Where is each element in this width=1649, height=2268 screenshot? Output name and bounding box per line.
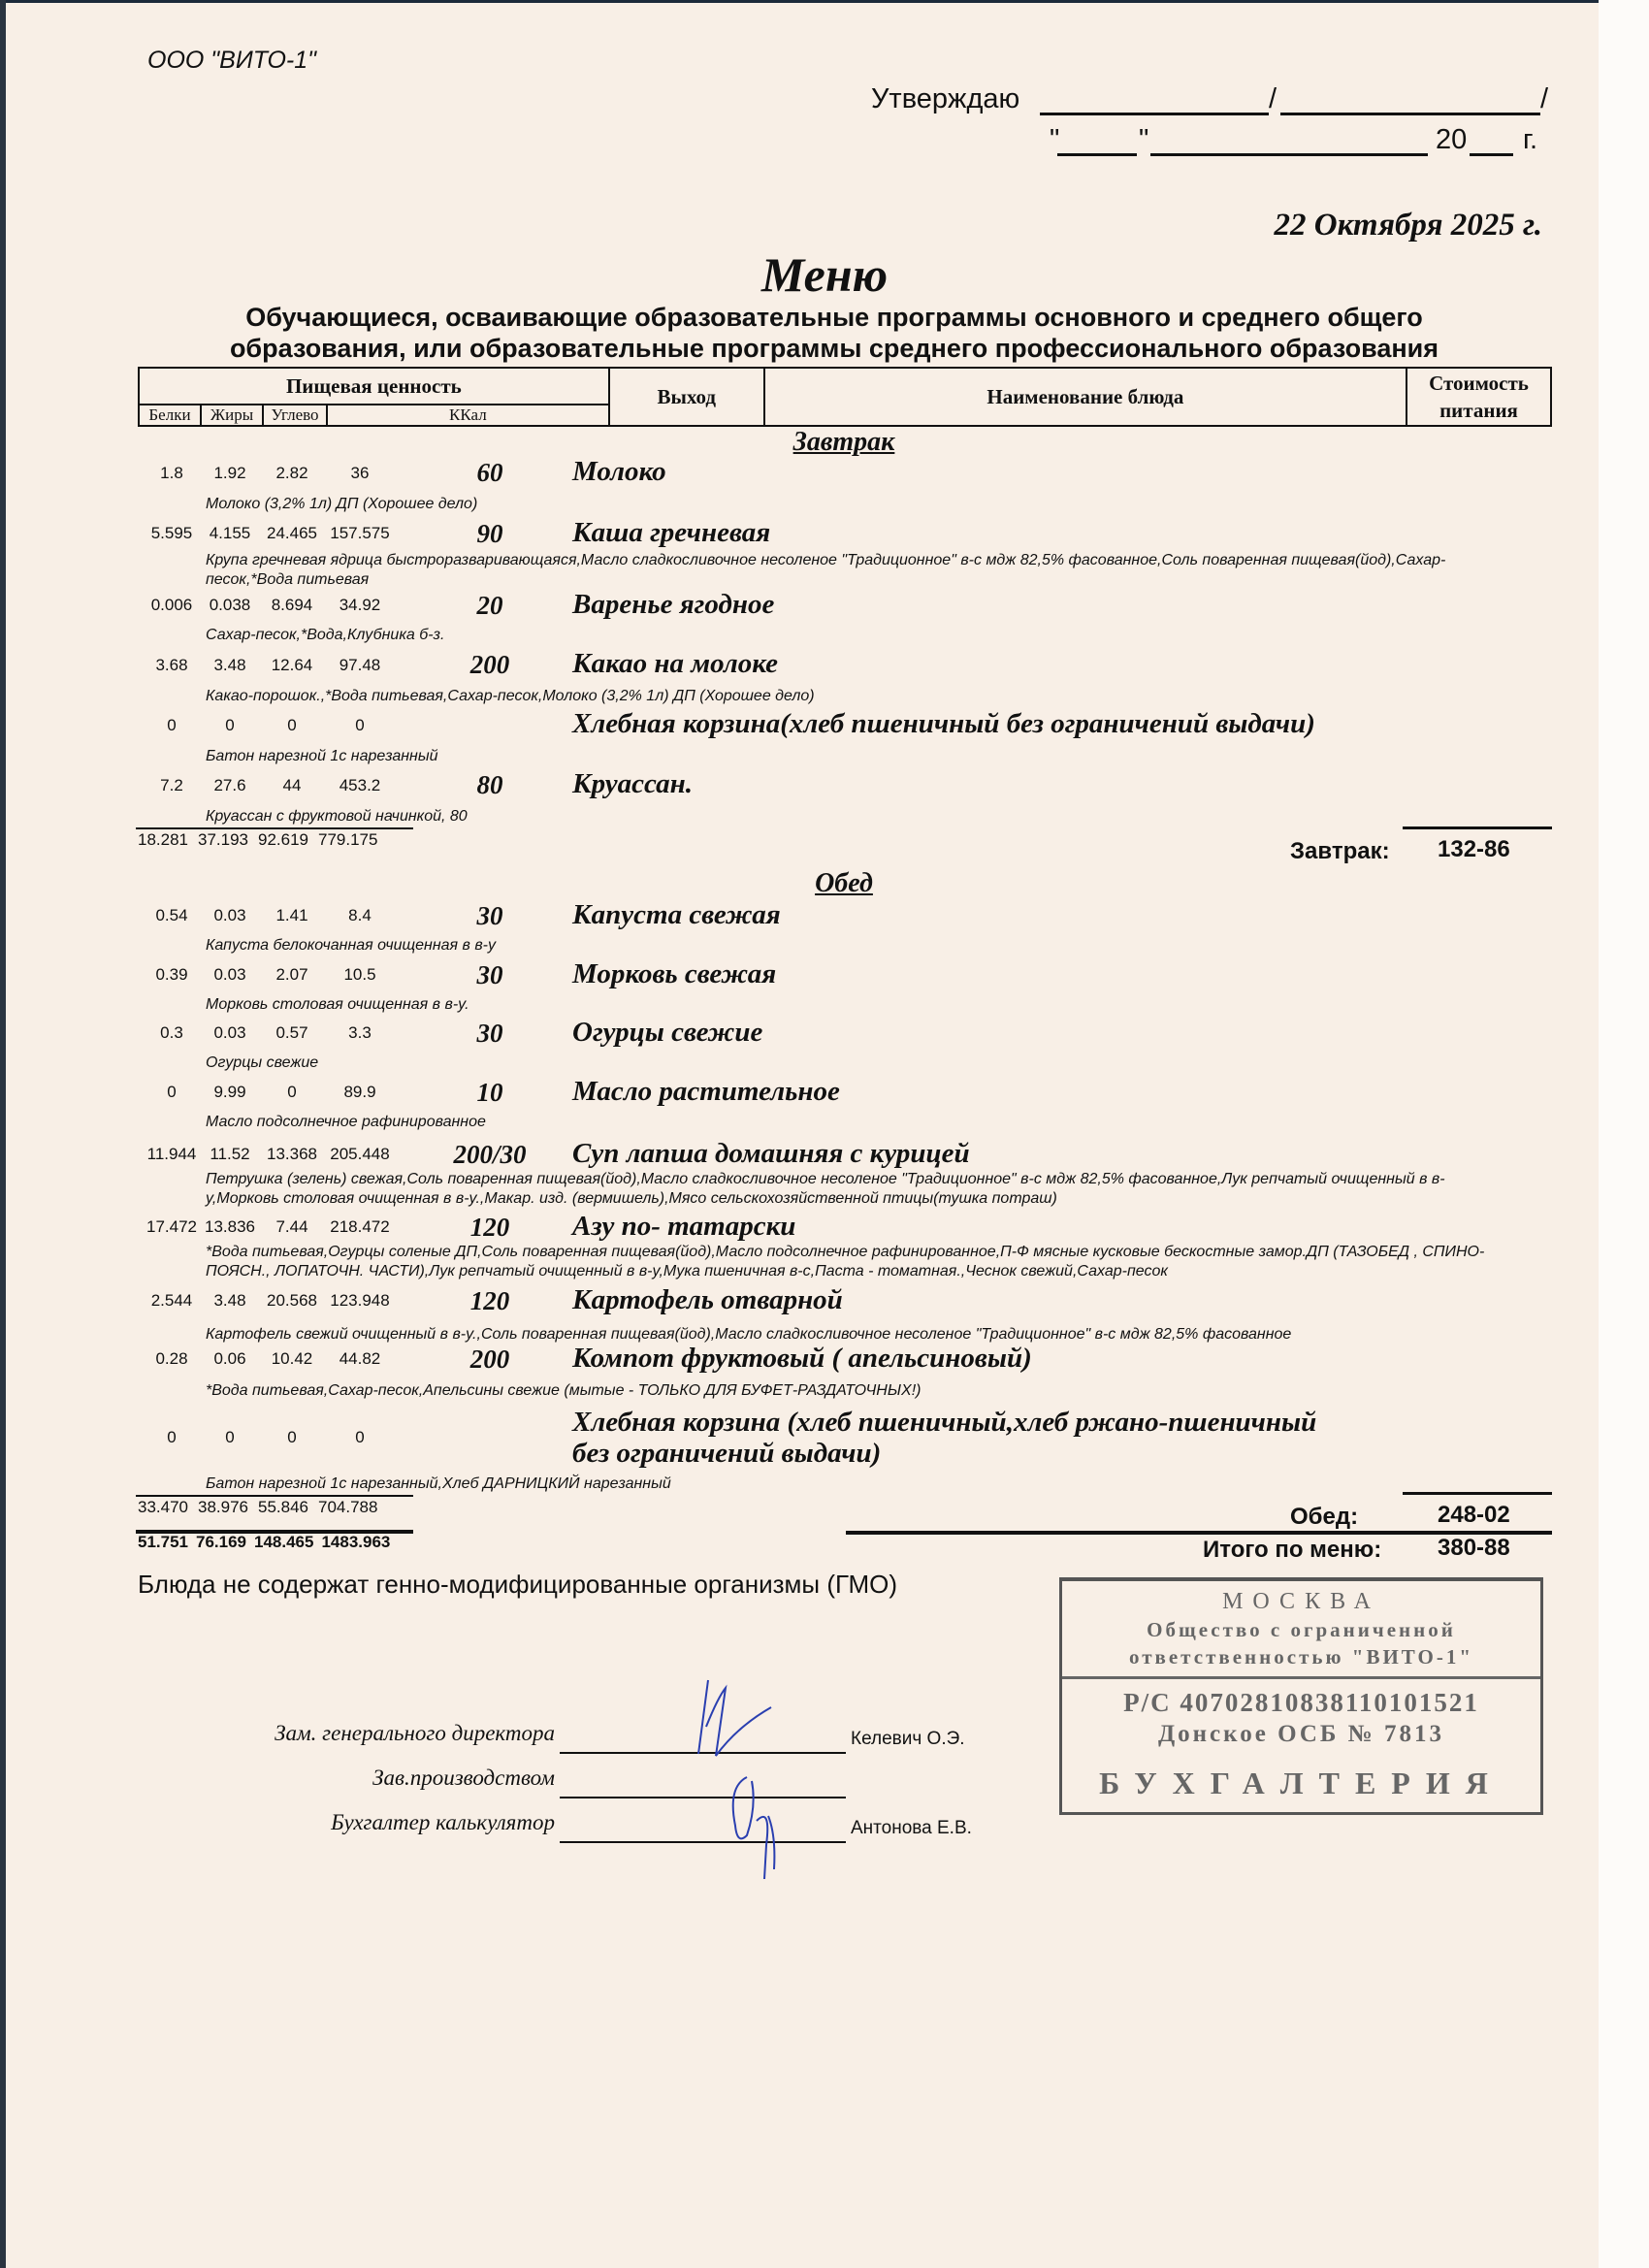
- lunch-item-0-ingredients: Капуста белокочанная очищенная в в-у: [206, 936, 1505, 956]
- lunch-total-carbs: 55.846: [258, 1498, 308, 1516]
- stamp-city: МОСКВА: [1062, 1589, 1540, 1615]
- lunch-item-8-nutrition-fat: 0: [196, 1428, 264, 1447]
- lunch-cost-value: 248-02: [1438, 1502, 1510, 1529]
- grand-totals: 51.75176.169148.4651483.963: [138, 1533, 398, 1552]
- lunch-item-5-name: Азу по- татарски: [572, 1211, 795, 1243]
- cost-header: Стоимость питания: [1406, 368, 1551, 426]
- breakfast-item-0-ingredients: Молоко (3,2% 1л) ДП (Хорошее дело): [206, 495, 1505, 514]
- approve-year-prefix: 20: [1436, 124, 1467, 156]
- breakfast-totals-rule: [136, 827, 413, 829]
- breakfast-total-protein: 18.281: [138, 830, 188, 849]
- approve-signature-line: [1040, 113, 1269, 115]
- lunch-item-6-nutrition-carbs: 20.568: [258, 1291, 326, 1311]
- breakfast-total-fat: 37.193: [198, 830, 248, 849]
- breakfast-item-4-nutrition-fat: 0: [196, 716, 264, 735]
- grand-total-carbs: 148.465: [254, 1533, 313, 1551]
- breakfast-item-3-nutrition-fat: 3.48: [196, 656, 264, 675]
- page-title: Меню: [0, 246, 1649, 303]
- breakfast-item-1-nutrition-carbs: 24.465: [258, 524, 326, 543]
- cost-header-line2: питания: [1407, 397, 1550, 424]
- breakfast-item-3-nutrition-carbs: 12.64: [258, 656, 326, 675]
- lunch-item-7-yield: 200: [417, 1345, 563, 1375]
- lunch-item-2-ingredients: Огурцы свежие: [206, 1053, 1505, 1073]
- breakfast-item-1-nutrition-kcal: 157.575: [326, 524, 394, 543]
- signature-line-accountant: [560, 1841, 846, 1843]
- lunch-item-8-nutrition-kcal: 0: [326, 1428, 394, 1447]
- lunch-item-8-name-line2: без ограничений выдачи): [572, 1438, 881, 1470]
- breakfast-cost-label: Завтрак:: [1290, 838, 1390, 865]
- lunch-item-6-name: Картофель отварной: [572, 1284, 843, 1316]
- lunch-item-3-nutrition-carbs: 0: [258, 1083, 326, 1102]
- handwritten-signature-2: [718, 1767, 795, 1884]
- breakfast-item-4-ingredients: Батон нарезной 1с нарезанный: [206, 747, 1505, 766]
- nutrition-header: Пищевая ценность: [139, 368, 609, 405]
- lunch-item-4-nutrition-fat: 11.52: [196, 1145, 264, 1164]
- lunch-item-0-nutrition-kcal: 8.4: [326, 906, 394, 925]
- breakfast-item-1-ingredients: Крупа гречневая ядрица быстроразваривающ…: [206, 551, 1505, 590]
- lunch-item-7-nutrition-carbs: 10.42: [258, 1349, 326, 1369]
- dish-name-header: Наименование блюда: [764, 368, 1406, 426]
- lunch-item-0-nutrition-fat: 0.03: [196, 906, 264, 925]
- lunch-item-0-yield: 30: [417, 901, 563, 931]
- lunch-item-0-name: Капуста свежая: [572, 899, 781, 931]
- approve-name-line: [1280, 113, 1540, 115]
- signature-role-production-head: Зав.производством: [235, 1766, 555, 1791]
- breakfast-item-5-nutrition-carbs: 44: [258, 776, 326, 795]
- breakfast-item-0-yield: 60: [417, 458, 563, 488]
- stamp-line-2: ответственностью "ВИТО-1": [1062, 1645, 1540, 1669]
- breakfast-item-3-yield: 200: [417, 650, 563, 680]
- breakfast-totals: 18.28137.19392.619779.175: [138, 830, 387, 850]
- lunch-item-1-ingredients: Морковь столовая очищенная в в-у.: [206, 995, 1505, 1015]
- subtitle-line-1: Обучающиеся, осваивающие образовательные…: [0, 303, 1649, 333]
- lunch-item-5-nutrition-kcal: 218.472: [326, 1217, 394, 1237]
- breakfast-item-0-nutrition-carbs: 2.82: [258, 464, 326, 483]
- handwritten-signature-1: [679, 1669, 795, 1766]
- lunch-item-5-nutrition-fat: 13.836: [196, 1217, 264, 1237]
- stamp-line-1: Общество с ограниченной: [1062, 1618, 1540, 1642]
- approve-slash: /: [1269, 83, 1277, 115]
- lunch-item-2-nutrition-carbs: 0.57: [258, 1023, 326, 1043]
- lunch-item-1-nutrition-fat: 0.03: [196, 965, 264, 985]
- lunch-totals: 33.47038.97655.846704.788: [138, 1498, 387, 1517]
- lunch-item-4-name: Суп лапша домашняя с курицей: [572, 1138, 970, 1170]
- lunch-item-6-yield: 120: [417, 1286, 563, 1316]
- grand-total-fat: 76.169: [196, 1533, 246, 1551]
- approve-year-suffix: г.: [1523, 124, 1537, 156]
- breakfast-item-3-name: Какао на молоке: [572, 648, 778, 680]
- lunch-item-5-nutrition-carbs: 7.44: [258, 1217, 326, 1237]
- grand-total-protein: 51.751: [138, 1533, 188, 1551]
- breakfast-item-2-nutrition-kcal: 34.92: [326, 596, 394, 615]
- lunch-item-2-nutrition-kcal: 3.3: [326, 1023, 394, 1043]
- lunch-item-3-nutrition-kcal: 89.9: [326, 1083, 394, 1102]
- approve-year-line: [1470, 153, 1513, 156]
- breakfast-item-5-yield: 80: [417, 770, 563, 800]
- breakfast-item-4-name: Хлебная корзина(хлеб пшеничный без огран…: [572, 708, 1315, 740]
- menu-table-header: Пищевая ценность Выход Наименование блюд…: [138, 367, 1552, 427]
- signature-role-accountant: Бухгалтер калькулятор: [235, 1810, 555, 1835]
- gmo-note: Блюда не содержат генно-модифицированные…: [138, 1570, 897, 1600]
- lunch-item-4-nutrition-kcal: 205.448: [326, 1145, 394, 1164]
- breakfast-item-1-yield: 90: [417, 519, 563, 549]
- approve-slash-end: /: [1540, 83, 1548, 115]
- lunch-item-8-nutrition-carbs: 0: [258, 1428, 326, 1447]
- lunch-total-protein: 33.470: [138, 1498, 188, 1516]
- lunch-item-1-yield: 30: [417, 960, 563, 990]
- lunch-total-fat: 38.976: [198, 1498, 248, 1516]
- grand-cost-label: Итого по меню:: [1203, 1537, 1381, 1564]
- lunch-item-4-nutrition-carbs: 13.368: [258, 1145, 326, 1164]
- lunch-item-3-ingredients: Масло подсолнечное рафинированное: [206, 1113, 1505, 1132]
- lunch-item-2-yield: 30: [417, 1019, 563, 1049]
- lunch-item-3-name: Масло растительное: [572, 1076, 840, 1108]
- approve-label: Утверждаю: [871, 83, 1019, 115]
- lunch-item-1-nutrition-kcal: 10.5: [326, 965, 394, 985]
- signature-line-production-head: [560, 1797, 846, 1798]
- stamp-bank: Донское ОСБ № 7813: [1062, 1721, 1540, 1748]
- breakfast-item-4-nutrition-kcal: 0: [326, 716, 394, 735]
- breakfast-total-carbs: 92.619: [258, 830, 308, 849]
- breakfast-item-2-yield: 20: [417, 591, 563, 621]
- breakfast-item-2-ingredients: Сахар-песок,*Вода,Клубника б-з.: [206, 626, 1505, 645]
- lunch-item-5-yield: 120: [417, 1213, 563, 1243]
- fat-header: Жиры: [201, 405, 263, 426]
- approve-day-line: [1057, 153, 1137, 156]
- breakfast-item-5-name: Круассан.: [572, 768, 693, 800]
- breakfast-cost-value: 132-86: [1438, 836, 1510, 863]
- lunch-item-7-nutrition-kcal: 44.82: [326, 1349, 394, 1369]
- breakfast-item-1-name: Каша гречневая: [572, 517, 770, 549]
- signature-role-deputy-director: Зам. генерального директора: [235, 1721, 555, 1746]
- stamp-account: Р/С 40702810838110101521: [1062, 1688, 1540, 1718]
- lunch-item-8-name: Хлебная корзина (хлеб пшеничный,хлеб ржа…: [572, 1407, 1316, 1439]
- breakfast-item-2-name: Варенье ягодное: [572, 589, 774, 621]
- breakfast-item-5-nutrition-fat: 27.6: [196, 776, 264, 795]
- lunch-item-0-nutrition-carbs: 1.41: [258, 906, 326, 925]
- grand-cost-value: 380-88: [1438, 1535, 1510, 1562]
- lunch-item-4-ingredients: Петрушка (зелень) свежая,Соль поваренная…: [206, 1170, 1505, 1209]
- breakfast-item-3-ingredients: Какао-порошок.,*Вода питьевая,Сахар-песо…: [206, 687, 1505, 706]
- lunch-cost-rule: [1403, 1492, 1552, 1495]
- breakfast-section-title: Завтрак: [0, 427, 1649, 458]
- lunch-item-5-ingredients: *Вода питьевая,Огурцы соленые ДП,Соль по…: [206, 1243, 1505, 1281]
- yield-header: Выход: [609, 368, 764, 426]
- lunch-section-title: Обед: [0, 868, 1649, 899]
- lunch-item-4-yield: 200/30: [417, 1140, 563, 1170]
- breakfast-item-5-nutrition-kcal: 453.2: [326, 776, 394, 795]
- lunch-item-7-ingredients: *Вода питьевая,Сахар-песок,Апельсины све…: [206, 1381, 1505, 1401]
- breakfast-item-5-ingredients: Круассан с фруктовой начинкой, 80: [206, 807, 1505, 826]
- breakfast-item-0-nutrition-kcal: 36: [326, 464, 394, 483]
- lunch-totals-rule: [136, 1495, 413, 1497]
- carbs-header: Углево: [263, 405, 327, 426]
- breakfast-item-4-nutrition-carbs: 0: [258, 716, 326, 735]
- approve-quote-open: ": [1050, 124, 1059, 156]
- breakfast-item-2-nutrition-fat: 0.038: [196, 596, 264, 615]
- kcal-header: ККал: [327, 405, 609, 426]
- lunch-item-1-nutrition-carbs: 2.07: [258, 965, 326, 985]
- breakfast-cost-rule: [1403, 826, 1552, 829]
- lunch-item-3-yield: 10: [417, 1078, 563, 1108]
- stamp-department: БУХГАЛТЕРИЯ: [1062, 1766, 1540, 1801]
- stamp-divider: [1062, 1676, 1540, 1679]
- lunch-item-7-nutrition-fat: 0.06: [196, 1349, 264, 1369]
- lunch-item-2-nutrition-fat: 0.03: [196, 1023, 264, 1043]
- breakfast-item-1-nutrition-fat: 4.155: [196, 524, 264, 543]
- lunch-item-7-name: Компот фруктовый ( апельсиновый): [572, 1343, 1032, 1375]
- signature-name-deputy-director: Келевич О.Э.: [851, 1729, 965, 1750]
- company-stamp: МОСКВА Общество с ограниченной ответстве…: [1059, 1577, 1543, 1815]
- subtitle-line-2: образования, или образовательные програм…: [0, 334, 1649, 364]
- menu-date: 22 Октября 2025 г.: [1275, 208, 1542, 243]
- grand-total-kcal: 1483.963: [321, 1533, 390, 1551]
- organization-name: ООО "ВИТО-1": [147, 47, 316, 75]
- lunch-item-6-ingredients: Картофель свежий очищенный в в-у.,Соль п…: [206, 1325, 1505, 1345]
- lunch-total-kcal: 704.788: [318, 1498, 377, 1516]
- lunch-item-3-nutrition-fat: 9.99: [196, 1083, 264, 1102]
- breakfast-item-2-nutrition-carbs: 8.694: [258, 596, 326, 615]
- lunch-item-2-name: Огурцы свежие: [572, 1017, 762, 1049]
- breakfast-item-0-name: Молоко: [572, 456, 666, 488]
- lunch-item-8-ingredients: Батон нарезной 1с нарезанный,Хлеб ДАРНИЦ…: [206, 1474, 1505, 1494]
- lunch-cost-label: Обед:: [1290, 1504, 1358, 1531]
- lunch-item-1-name: Морковь свежая: [572, 958, 776, 990]
- signature-name-accountant: Антонова Е.В.: [851, 1818, 972, 1839]
- cost-header-line1: Стоимость: [1407, 370, 1550, 397]
- approve-quote-close: ": [1139, 124, 1148, 156]
- breakfast-total-kcal: 779.175: [318, 830, 377, 849]
- protein-header: Белки: [139, 405, 201, 426]
- breakfast-item-3-nutrition-kcal: 97.48: [326, 656, 394, 675]
- breakfast-item-0-nutrition-fat: 1.92: [196, 464, 264, 483]
- lunch-item-6-nutrition-fat: 3.48: [196, 1291, 264, 1311]
- lunch-item-6-nutrition-kcal: 123.948: [326, 1291, 394, 1311]
- approve-month-line: [1150, 153, 1428, 156]
